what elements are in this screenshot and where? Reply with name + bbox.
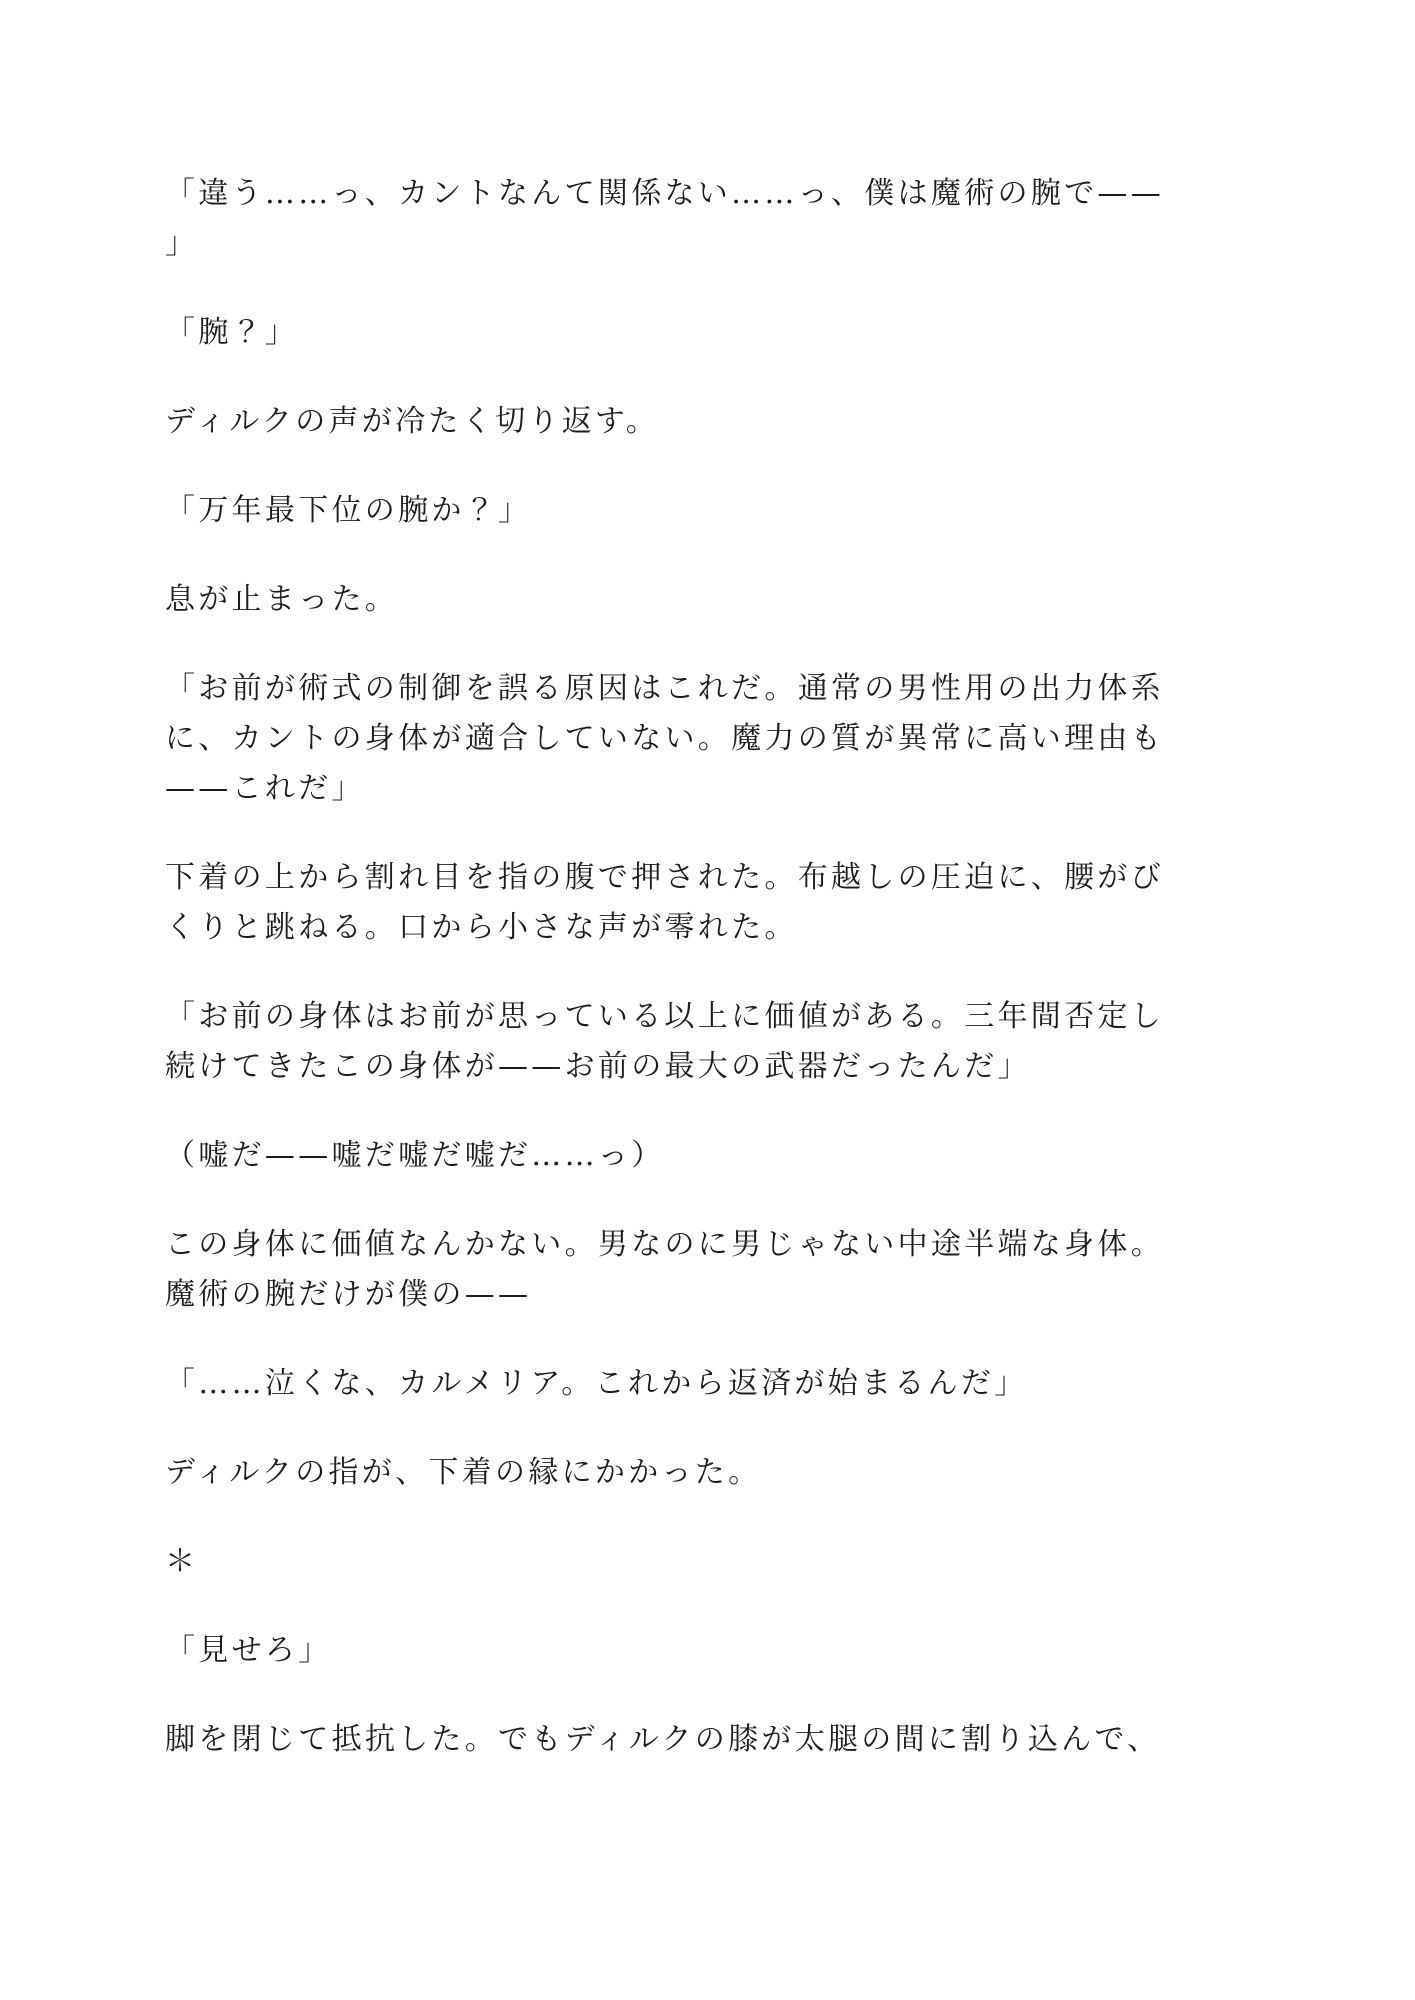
paragraph-dialogue-1: 「違う……っ、カントなんて関係ない……っ、僕は魔術の腕で—— 」 bbox=[165, 169, 1335, 269]
paragraph-narration-5: 脚を閉じて抵抗した。でもディルクの膝が太腿の間に割り込んで、 bbox=[165, 1715, 1335, 1765]
paragraph-narration-2: 息が止まった。 bbox=[165, 575, 1335, 625]
paragraph-narration-1: ディルクの声が冷たく切り返す。 bbox=[165, 397, 1335, 447]
novel-text-page: 「違う……っ、カントなんて関係ない……っ、僕は魔術の腕で—— 」 「腕？」 ディ… bbox=[0, 0, 1415, 2000]
paragraph-inner-monologue-2: この身体に価値なんかない。男なのに男じゃない中途半端な身体。 魔術の腕だけが僕の… bbox=[165, 1220, 1335, 1320]
paragraph-inner-monologue-1: （嘘だ——嘘だ嘘だ嘘だ……っ） bbox=[165, 1131, 1335, 1181]
paragraph-dialogue-5: 「お前の身体はお前が思っている以上に価値がある。三年間否定し 続けてきたこの身体… bbox=[165, 992, 1335, 1092]
paragraph-dialogue-2: 「腕？」 bbox=[165, 308, 1335, 358]
paragraph-dialogue-6: 「……泣くな、カルメリア。これから返済が始まるんだ」 bbox=[165, 1359, 1335, 1409]
paragraph-narration-3: 下着の上から割れ目を指の腹で押された。布越しの圧迫に、腰がび くりと跳ねる。口か… bbox=[165, 853, 1335, 953]
section-divider-asterisk: ＊ bbox=[165, 1537, 1335, 1587]
paragraph-narration-4: ディルクの指が、下着の縁にかかった。 bbox=[165, 1448, 1335, 1498]
paragraph-dialogue-7: 「見せろ」 bbox=[165, 1626, 1335, 1676]
paragraph-dialogue-3: 「万年最下位の腕か？」 bbox=[165, 486, 1335, 536]
paragraph-dialogue-4: 「お前が術式の制御を誤る原因はこれだ。通常の男性用の出力体系 に、カントの身体が… bbox=[165, 664, 1335, 814]
